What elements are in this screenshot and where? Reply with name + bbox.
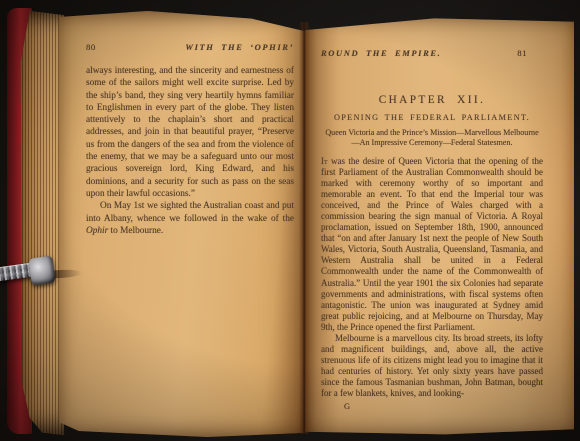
left-running-head: WITH THE ‘OPHIR’ — [185, 42, 294, 52]
chapter-subtitle: OPENING THE FEDERAL PARLIAMENT. — [321, 113, 543, 122]
chapter-heading: CHAPTER XII. — [321, 94, 543, 106]
synopsis-line: —An Impressive Ceremony—Federal Statesme… — [321, 138, 543, 148]
printer-signature-mark: G — [321, 402, 543, 411]
left-page-header: 80 WITH THE ‘OPHIR’ — [86, 42, 294, 54]
right-page-header: ROUND THE EMPIRE. 81 — [321, 48, 543, 60]
paragraph-text: to Melbourne. — [108, 226, 163, 236]
paragraph-text: On May 1st we sighted the Australian coa… — [86, 201, 294, 223]
right-page: ROUND THE EMPIRE. 81 CHAPTER XII. OPENIN… — [305, 15, 574, 436]
right-paragraph-2: Melbourne is a marvellous city. Its broa… — [321, 333, 543, 399]
left-page: 80 WITH THE ‘OPHIR’ always interesting, … — [59, 11, 306, 437]
open-book-photo: 80 WITH THE ‘OPHIR’ always interesting, … — [0, 0, 580, 441]
paragraph-lead-word: It — [321, 156, 328, 166]
left-paragraph-1: always interesting, and the sincerity an… — [86, 65, 294, 200]
bookmark-clasp-icon — [0, 248, 94, 302]
chapter-synopsis: Queen Victoria and the Prince’s Mission—… — [321, 128, 543, 148]
book-gutter — [299, 22, 310, 434]
clasp-knob — [28, 255, 56, 285]
left-page-number: 80 — [86, 42, 96, 52]
left-paragraph-2: On May 1st we sighted the Australian coa… — [86, 200, 294, 237]
right-paragraph-1: It was the desire of Queen Victoria that… — [321, 156, 543, 333]
right-page-number: 81 — [517, 48, 527, 58]
right-running-head: ROUND THE EMPIRE. — [321, 48, 441, 58]
paragraph-text: was the desire of Queen Victoria that th… — [321, 156, 543, 332]
synopsis-line: Queen Victoria and the Prince’s Mission—… — [321, 128, 543, 138]
page-fore-edge — [19, 11, 64, 435]
ship-name-italic: Ophir — [86, 226, 108, 236]
